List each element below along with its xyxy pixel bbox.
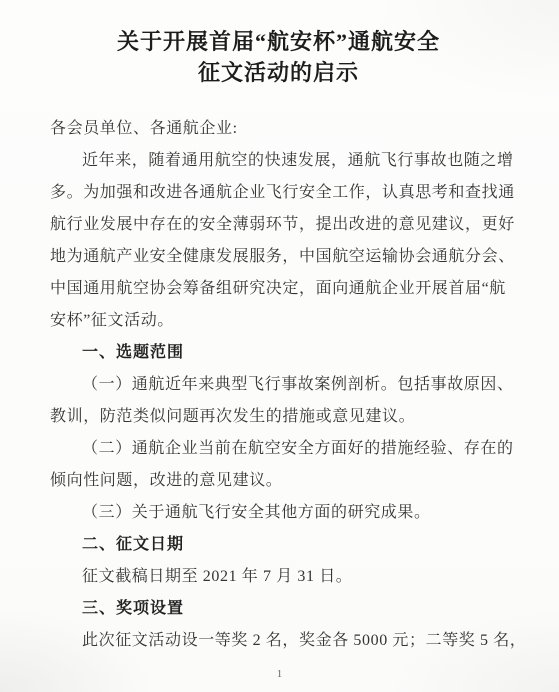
scanned-document-page: 关于开展首届“航安杯”通航安全 征文活动的启示 各会员单位、各通航企业: 近年来… (0, 0, 559, 692)
document-title-line-2: 征文活动的启示 (50, 57, 507, 88)
document-title: 关于开展首届“航安杯”通航安全 征文活动的启示 (50, 26, 507, 88)
intro-line-2: 多。为加强和改进各通航企业飞行安全工作，认真思考和查找通 (50, 177, 507, 209)
section-1-item-2-line-2: 倾向性问题，改进的意见建议。 (50, 465, 507, 497)
section-1-item-2-line-1: （二）通航企业当前在航空安全方面好的措施经验、存在的 (50, 433, 507, 465)
intro-line-6: 安杯”征文活动。 (50, 305, 507, 337)
salutation: 各会员单位、各通航企业: (50, 113, 507, 145)
page-number: 1 (0, 668, 559, 680)
intro-line-5: 中国通用航空协会筹备组研究决定，面向通航企业开展首届“航 (50, 273, 507, 305)
section-1-item-1-line-2: 教训，防范类似问题再次发生的措施或意见建议。 (50, 401, 507, 433)
intro-line-4: 地为通航产业安全健康发展服务，中国航空运输协会通航分会、 (50, 241, 507, 273)
section-2-body: 征文截稿日期至 2021 年 7 月 31 日。 (50, 561, 507, 593)
section-1-item-3: （三）关于通航飞行安全其他方面的研究成果。 (50, 497, 507, 529)
intro-line-1: 近年来，随着通用航空的快速发展，通航飞行事故也随之增 (50, 145, 507, 177)
section-1-heading: 一、选题范围 (50, 337, 507, 369)
intro-line-3: 航行业发展中存在的安全薄弱环节，提出改进的意见建议，更好 (50, 209, 507, 241)
section-3-heading: 三、奖项设置 (50, 593, 507, 625)
section-1-item-1-line-1: （一）通航近年来典型飞行事故案例剖析。包括事故原因、 (50, 369, 507, 401)
section-2-heading: 二、征文日期 (50, 529, 507, 561)
document-content: 关于开展首届“航安杯”通航安全 征文活动的启示 各会员单位、各通航企业: 近年来… (0, 0, 559, 657)
document-title-line-1: 关于开展首届“航安杯”通航安全 (50, 26, 507, 57)
section-3-body: 此次征文活动设一等奖 2 名，奖金各 5000 元；二等奖 5 名， (50, 625, 507, 657)
